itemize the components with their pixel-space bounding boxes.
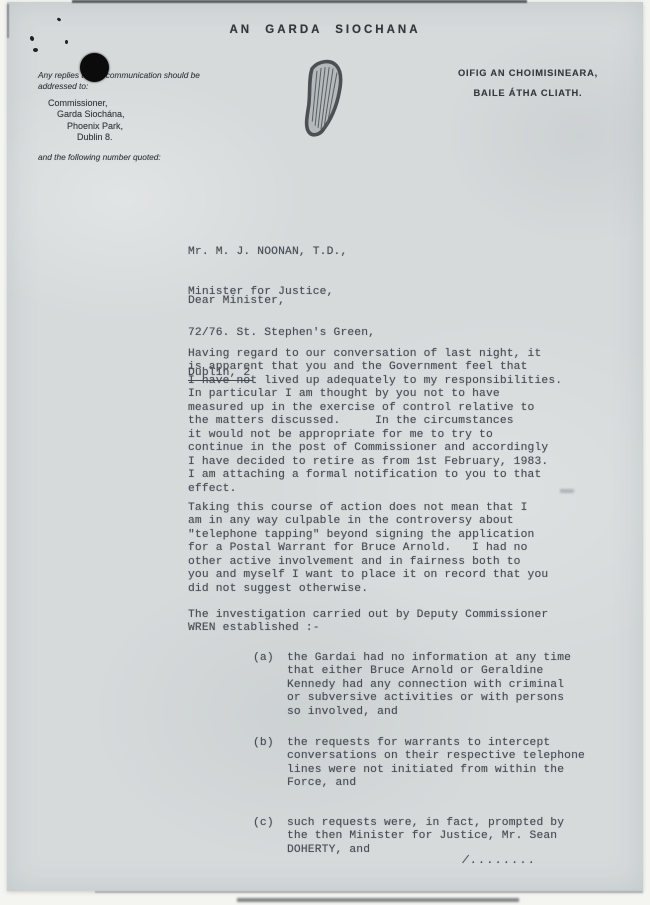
sender-line: Garda Siochána,: [57, 109, 125, 120]
sender-line: Dublin 8.: [77, 132, 125, 143]
paper-bottom-edge: [95, 891, 643, 893]
recipient-line: Mr. M. J. NOONAN, T.D.,: [188, 246, 375, 259]
list-item-text: the requests for warrants to intercept c…: [287, 737, 585, 791]
recipient-line: 72/76. St. Stephen's Green,: [188, 327, 375, 340]
office-line: BAILE ÁTHA CLIATH.: [438, 83, 618, 103]
paragraph-culpability: Taking this course of action does not me…: [188, 502, 548, 596]
paragraph-investigation: The investigation carried out by Deputy …: [188, 609, 548, 636]
ink-speck: [33, 48, 38, 52]
sender-line: Phoenix Park,: [67, 121, 125, 132]
paragraph-resignation: Having regard to our conversation of las…: [188, 348, 562, 496]
continuation-mark: /........: [462, 855, 537, 868]
office-address: OIFIG AN CHOIMISINEARA, BAILE ÁTHA CLIAT…: [438, 63, 618, 103]
letterhead-title: AN GARDA SIOCHANA: [0, 24, 650, 36]
scan-smudge: [237, 898, 519, 902]
office-line: OIFIG AN CHOIMISINEARA,: [438, 63, 618, 83]
list-item-label: (c): [253, 817, 274, 830]
sender-line: Commissioner,: [48, 98, 125, 109]
sender-address: Commissioner, Garda Siochána, Phoenix Pa…: [48, 98, 125, 143]
list-item-text: such requests were, in fact, prompted by…: [287, 817, 564, 857]
number-note: and the following number quoted:: [38, 152, 161, 162]
ink-speck: [65, 40, 68, 44]
reply-note: Any replies to this communication should…: [38, 70, 200, 91]
irish-harp-icon: [298, 58, 349, 142]
punch-hole: [80, 53, 109, 82]
salutation: Dear Minister,: [188, 295, 285, 308]
list-item-label: (b): [253, 737, 274, 750]
paper-top-edge: [72, 0, 527, 3]
list-item-text: the Gardai had no information at any tim…: [287, 652, 571, 719]
list-item-label: (a): [253, 652, 274, 665]
scanned-letter-page: AN GARDA SIOCHANA Any replies to this co…: [0, 0, 650, 905]
